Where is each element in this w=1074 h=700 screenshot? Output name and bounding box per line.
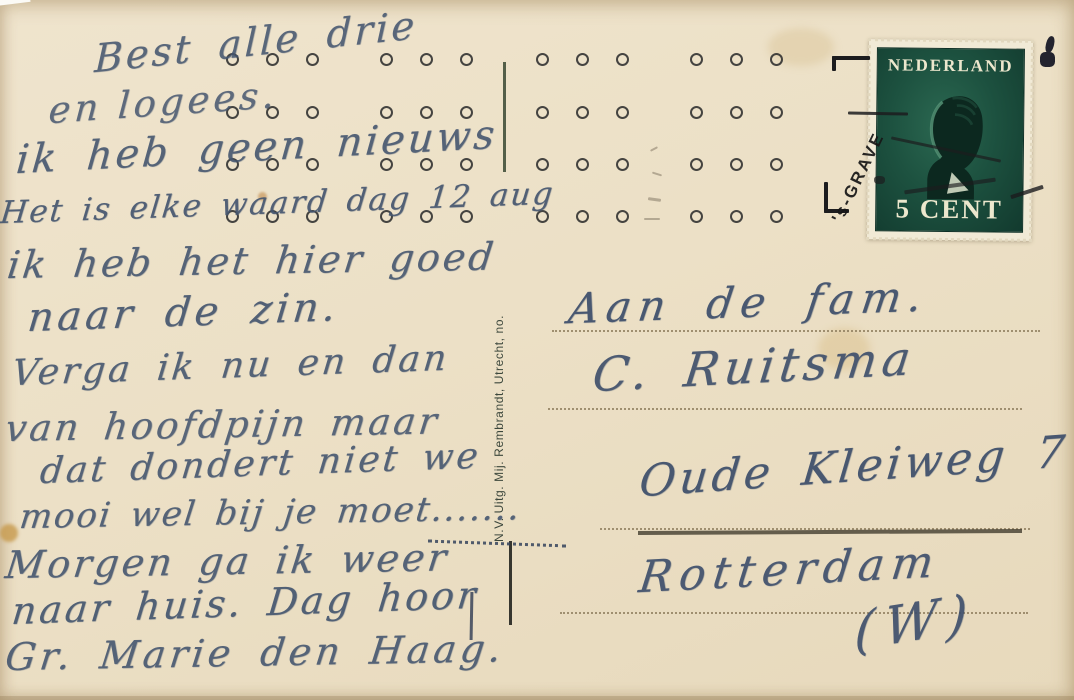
cancel-line [848, 111, 908, 115]
printed-dot [536, 158, 549, 171]
message-line: Best alle drie [94, 6, 418, 79]
ink-blot [1044, 35, 1056, 53]
printed-dot [420, 53, 433, 66]
printed-dot [730, 53, 743, 66]
printed-dot [770, 210, 783, 223]
message-line: en logees. [47, 76, 279, 129]
printed-dot [576, 158, 589, 171]
printed-dot [616, 158, 629, 171]
ink-blot [1040, 52, 1055, 67]
address-line: Oude Kleiweg 7 [637, 430, 1070, 504]
message-line: naar de zin. [26, 287, 342, 338]
message-line: Het is elke waard dag 12 aug [0, 179, 556, 229]
printed-dot [536, 106, 549, 119]
postage-stamp: NEDERLAND 5 CENT [867, 39, 1033, 241]
queen-portrait-icon [891, 74, 1012, 201]
message-line: Gr. Marie den Haag. [3, 629, 507, 676]
printed-dot [306, 106, 319, 119]
printed-dot [460, 158, 473, 171]
printed-dot [770, 158, 783, 171]
printed-dot [616, 53, 629, 66]
address-rule-line [548, 408, 1022, 410]
printed-dot [576, 106, 589, 119]
publisher-imprint: N.V. Uitg. Mij. Rembrandt, Utrecht, no. [492, 182, 506, 542]
printed-dot [690, 106, 703, 119]
address-line: Rotterdam [637, 540, 943, 600]
pencil-smudge [650, 146, 658, 152]
cancel-bracket-top [832, 56, 870, 60]
address-line: C. Ruitsma [590, 335, 918, 399]
imprint-rule-top [503, 62, 506, 172]
bottom-edge-shade [0, 696, 1074, 700]
paper-stain [0, 524, 18, 542]
message-line: Verga ik nu en dan [10, 341, 451, 392]
printed-dot [616, 210, 629, 223]
printed-dot [690, 53, 703, 66]
printed-dot [730, 106, 743, 119]
message-line: ik heb het hier goed [5, 237, 498, 284]
printed-dot [576, 53, 589, 66]
printed-dot [770, 53, 783, 66]
printed-dot [690, 158, 703, 171]
printed-dot [460, 53, 473, 66]
printed-dot [576, 210, 589, 223]
cancel-smudge [874, 176, 885, 184]
pencil-smudge [652, 172, 662, 177]
printed-dot [730, 210, 743, 223]
handdrawn-underline [638, 529, 1022, 535]
printed-dot [616, 106, 629, 119]
pencil-smudge [644, 218, 660, 220]
printed-dot [690, 210, 703, 223]
address-line: (W) [853, 587, 978, 659]
stamp-denomination: 5 CENT [876, 193, 1022, 226]
pencil-smudge [648, 197, 661, 202]
printed-dot [730, 158, 743, 171]
cancel-bracket-top [832, 56, 836, 71]
address-line: Aan de fam. [566, 275, 931, 330]
corner-notch [0, 0, 31, 6]
message-line: mooi wel bij je moet....... [18, 491, 523, 534]
printed-dot [770, 106, 783, 119]
printed-dot [380, 53, 393, 66]
imprint-rule-bottom [509, 541, 512, 625]
printed-dot [536, 53, 549, 66]
postcard-scan: Best alle drie en logees. ik heb geen ni… [0, 0, 1074, 700]
